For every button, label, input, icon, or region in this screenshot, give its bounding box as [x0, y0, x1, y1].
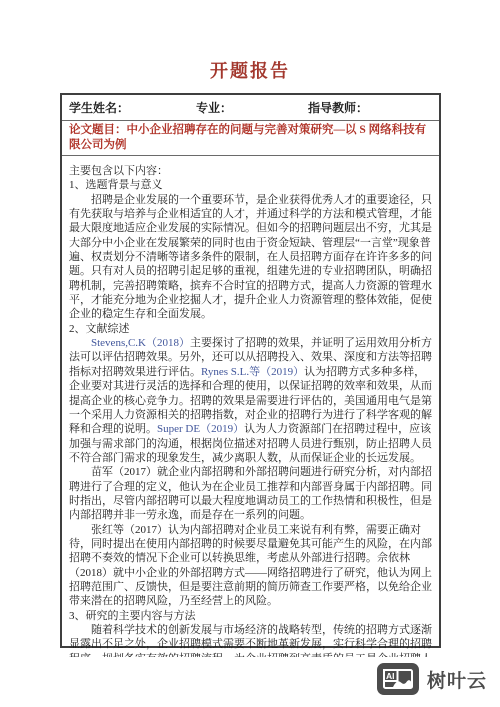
- advisor-label: 指导教师：: [308, 99, 439, 116]
- major-label: 专业：: [196, 99, 308, 116]
- section-heading: 3、研究的主要内容与方法: [69, 609, 432, 623]
- ai-image-icon: AI: [376, 662, 420, 696]
- content-paragraph: 随着科学技术的创新发展与市场经济的战略转型，传统的招聘方式逐渐显露出不足之处，企…: [69, 623, 432, 657]
- report-content: 主要包含以下内容：1、选题背景与意义招聘是企业发展的一个重要环节，是企业获得优秀…: [62, 156, 439, 657]
- content-paragraph: 苗军（2017）就企业内部招聘和外部招聘问题进行研究分析，对内部招聘进行了合理的…: [69, 465, 432, 522]
- svg-text:AI: AI: [386, 671, 395, 681]
- content-paragraph: 主要包含以下内容：: [69, 164, 432, 178]
- citation-text: Super DE（2019）: [157, 423, 244, 435]
- info-row: 学生姓名： 专业： 指导教师：: [62, 95, 439, 121]
- watermark: AI 树叶云: [376, 662, 487, 696]
- page-title: 开题报告: [0, 57, 500, 83]
- thesis-title-row: 论文题目：中小企业招聘存在的问题与完善对策研究—以 S 网络科技有限公司为例: [62, 121, 439, 156]
- citation-text: Rynes S.L.等（2019）: [201, 366, 304, 378]
- content-paragraph: 张红等（2017）认为内部招聘对企业员工来说有利有弊，需要正确对待，同时提出在使…: [69, 523, 432, 609]
- section-heading: 1、选题背景与意义: [69, 178, 432, 192]
- watermark-brand: 树叶云: [427, 666, 487, 693]
- content-paragraph: Stevens,C.K（2018）主要探讨了招聘的效果，并证明了运用效用分析方法…: [69, 336, 432, 465]
- content-paragraph: 招聘是企业发展的一个重要环节，是企业获得优秀人才的重要途径，只有先获取与培养与企…: [69, 193, 432, 322]
- section-heading: 2、文献综述: [69, 322, 432, 336]
- student-name-label: 学生姓名：: [62, 99, 196, 116]
- thesis-title-label: 论文题目：: [69, 124, 127, 136]
- citation-text: Stevens,C.K（2018）: [91, 337, 190, 349]
- report-table: 学生姓名： 专业： 指导教师： 论文题目：中小企业招聘存在的问题与完善对策研究—…: [60, 93, 441, 648]
